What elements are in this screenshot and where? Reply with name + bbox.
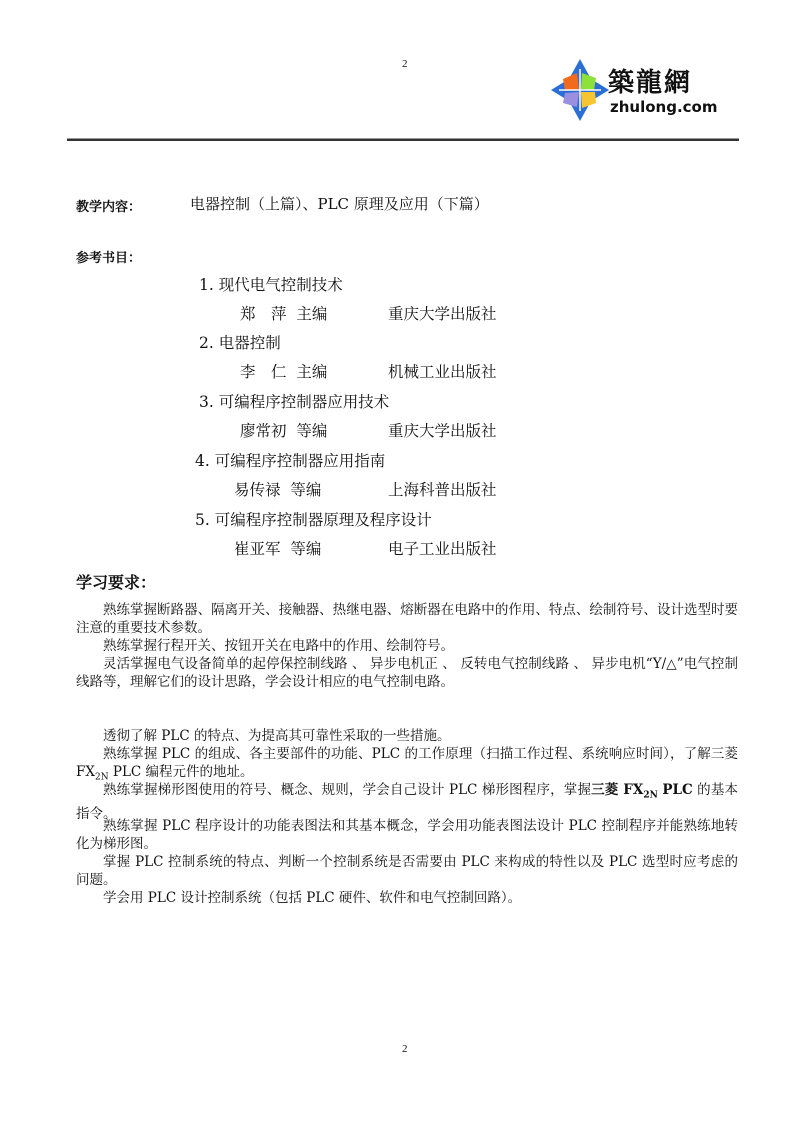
reference-title: 5. 可编程序控制器原理及程序设计 bbox=[195, 508, 432, 530]
requirement-paragraph: 灵活掌握电气设备简单的起停保控制线路 、 异步电机正 、 反转电气控制线路 、 … bbox=[76, 655, 738, 691]
logo-domain: zhulong.com bbox=[610, 98, 717, 116]
reference-title: 2. 电器控制 bbox=[199, 331, 281, 353]
model-subscript: 2N bbox=[643, 791, 658, 801]
requirements-heading: 学习要求： bbox=[76, 570, 156, 593]
header-page-number: 2 bbox=[402, 58, 408, 70]
header-divider bbox=[67, 138, 739, 141]
requirement-text: 熟练掌握梯形图使用的符号、概念、规则，学会自己设计 PLC 梯形图程序，掌握 bbox=[103, 782, 591, 798]
model-name: 三菱 FX bbox=[591, 782, 643, 798]
requirement-text: PLC 编程元件的地址。 bbox=[109, 764, 254, 780]
requirement-paragraph: 熟练掌握 PLC 程序设计的功能表图法和其基本概念，学会用功能表图法设计 PLC… bbox=[76, 817, 738, 853]
model-suffix: PLC bbox=[662, 782, 692, 798]
requirement-paragraph: 熟练掌握行程开关、按钮开关在电路中的作用、绘制符号。 bbox=[76, 637, 738, 655]
reference-publisher: 重庆大学出版社 bbox=[388, 419, 497, 441]
reference-publisher: 重庆大学出版社 bbox=[388, 302, 497, 324]
reference-author: 崔亚军 等编 bbox=[234, 537, 321, 559]
teaching-content-value: 电器控制（上篇）、PLC 原理及应用（下篇） bbox=[190, 193, 489, 214]
reference-title: 1. 现代电气控制技术 bbox=[199, 273, 343, 295]
reference-author: 李 仁 主编 bbox=[240, 360, 327, 382]
reference-author: 易传禄 等编 bbox=[234, 478, 321, 500]
requirement-paragraph: 熟练掌握断路器、隔离开关、接触器、热继电器、熔断器在电路中的作用、特点、绘制符号… bbox=[76, 601, 738, 637]
requirement-paragraph: 掌握 PLC 控制系统的特点、判断一个控制系统是否需要由 PLC 来构成的特性以… bbox=[76, 853, 738, 889]
reference-publisher: 上海科普出版社 bbox=[388, 478, 497, 500]
reference-title: 4. 可编程序控制器应用指南 bbox=[195, 449, 385, 471]
teaching-content-label: 教学内容： bbox=[76, 196, 141, 215]
reference-publisher: 电子工业出版社 bbox=[388, 537, 497, 559]
references-label: 参考书目： bbox=[76, 247, 141, 266]
logo-name-cn: 築龍網 bbox=[608, 62, 692, 99]
requirement-paragraph: 学会用 PLC 设计控制系统（包括 PLC 硬件、软件和电气控制回路）。 bbox=[76, 889, 738, 907]
reference-author: 廖常初 等编 bbox=[240, 419, 327, 441]
reference-author: 郑 萍 主编 bbox=[240, 302, 327, 324]
requirement-paragraph: 透彻了解 PLC 的特点、为提高其可靠性采取的一些措施。 bbox=[76, 727, 738, 745]
logo-mark-icon bbox=[551, 59, 609, 121]
reference-title: 3. 可编程序控制器应用技术 bbox=[199, 390, 389, 412]
footer-page-number: 2 bbox=[402, 1043, 408, 1055]
reference-publisher: 机械工业出版社 bbox=[388, 360, 497, 382]
